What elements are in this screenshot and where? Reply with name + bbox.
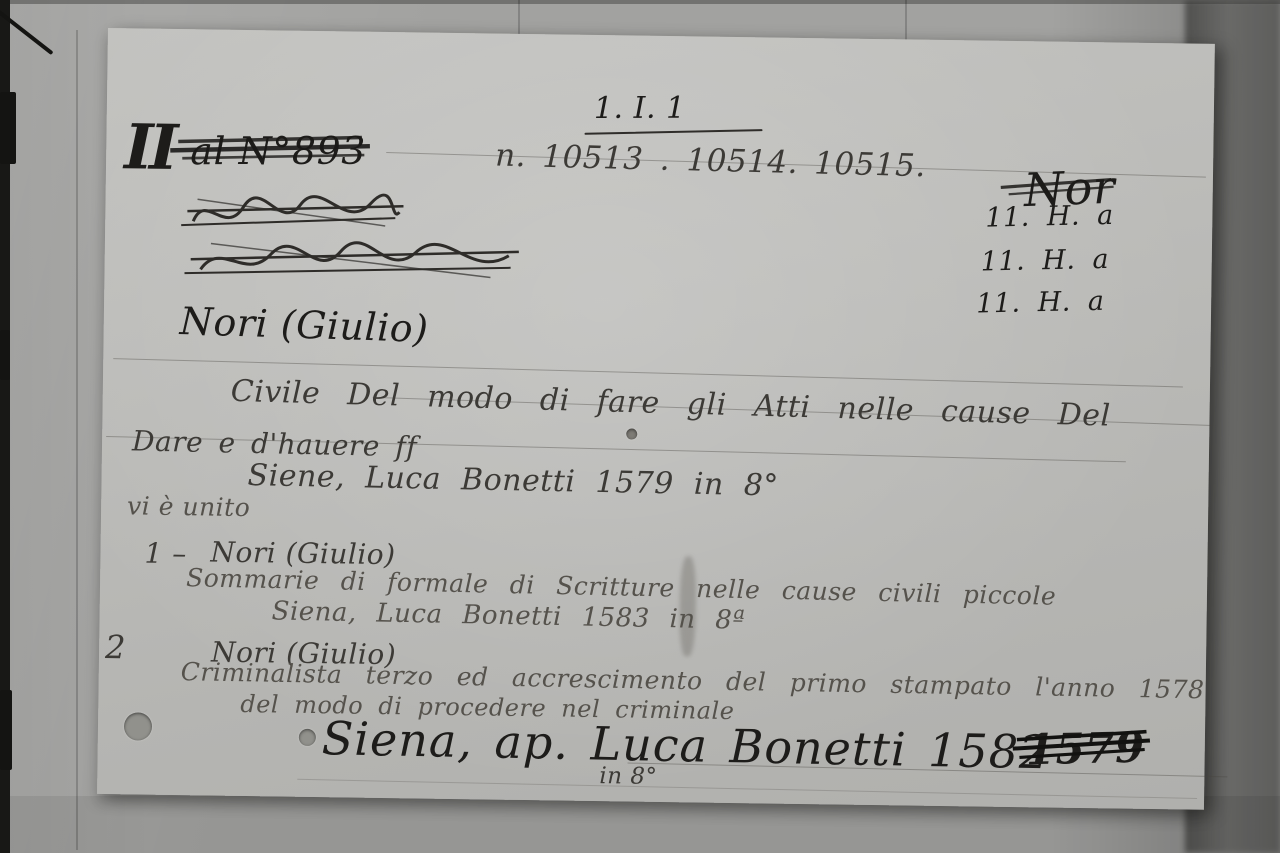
scan-edge-mark	[0, 92, 16, 164]
scan-edge-mark	[0, 330, 10, 380]
author-heading: Nori (Giulio)	[179, 299, 429, 351]
illegible-scribble-crossed-out	[190, 227, 521, 294]
classmark-underline	[585, 129, 763, 135]
catalog-card: 1. I. 1 n. 10513 . 10514. 10515. II al N…	[97, 28, 1215, 810]
classmark: 1. I. 1	[594, 91, 686, 126]
shelfmark-line: 11. H. a	[976, 286, 1105, 320]
backing-crease-top-1	[518, 0, 520, 34]
union-note: vi è unito	[127, 491, 251, 522]
shelfmark-line: 11. H. a	[985, 200, 1114, 234]
format-note: in 8°	[599, 763, 657, 790]
scan-edge-mark	[0, 690, 12, 770]
inventory-numbers: n. 10513 . 10514. 10515.	[495, 138, 926, 185]
old-reference-crossed-out: al N°893	[190, 129, 366, 174]
crossed-out-year: 1579	[1025, 723, 1145, 774]
punch-hole	[299, 729, 316, 746]
shelfmark-line: 11. H. a	[980, 244, 1109, 278]
pencil-rule	[297, 779, 1197, 799]
pin-hole	[626, 428, 637, 439]
item1-number: 1 –	[144, 537, 187, 571]
title-line-1: Civile Del modo di fare gli Atti nelle c…	[230, 374, 1111, 434]
ink-smudge	[679, 556, 696, 656]
scan-edge-top	[0, 0, 1280, 4]
backing-crease-top-2	[905, 0, 907, 40]
imprint-1: Siene, Luca Bonetti 1579 in 8°	[247, 458, 779, 503]
item2-imprint-large: Siena, ap. Luca Bonetti 1582	[321, 711, 1049, 779]
scanned-catalog-card-photo: 1. I. 1 n. 10513 . 10514. 10515. II al N…	[0, 0, 1280, 853]
punch-hole	[124, 712, 152, 740]
backing-crease-left	[76, 30, 78, 850]
series-numeral: II	[124, 110, 175, 184]
item2-number: 2	[105, 628, 126, 666]
